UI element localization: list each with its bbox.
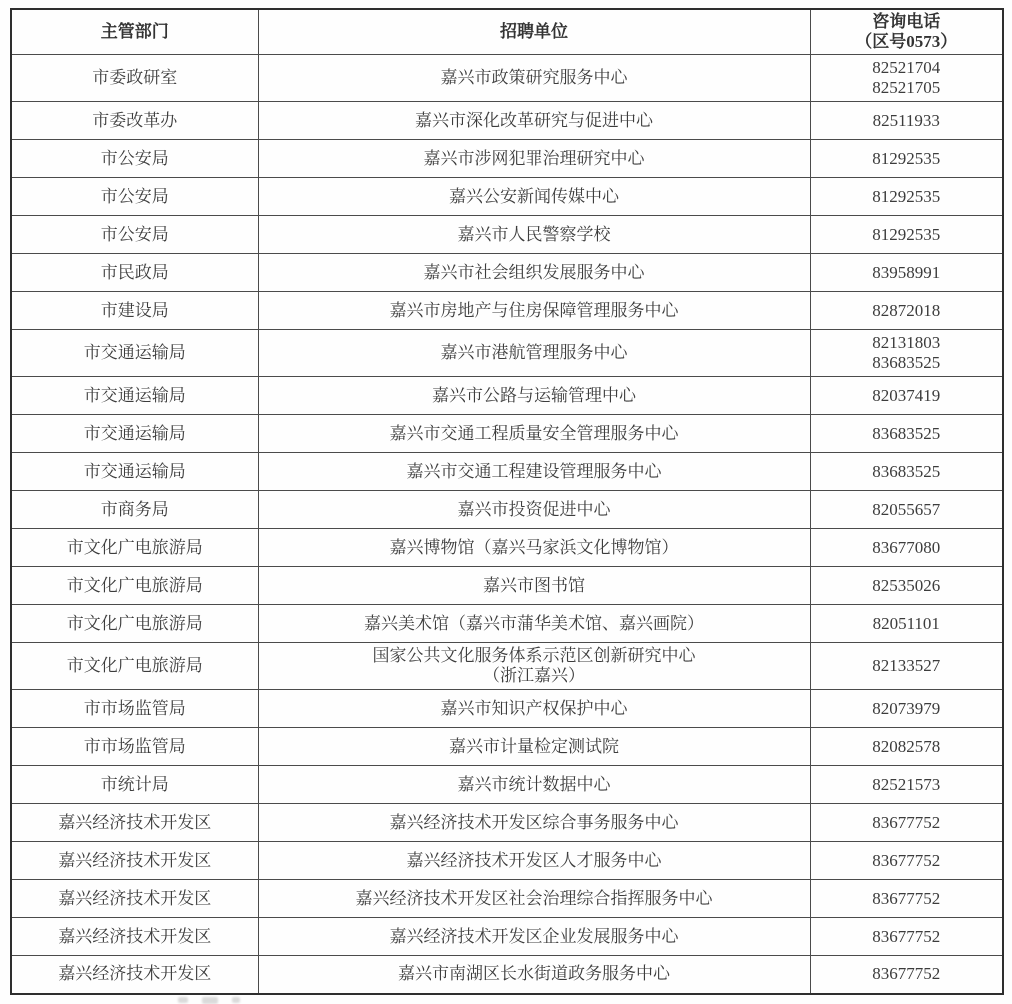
dept-cell: 市市场监管局	[11, 690, 258, 728]
unit-cell-line: 嘉兴公安新闻传媒中心	[265, 187, 804, 207]
dept-cell-line: 市交通运输局	[18, 462, 252, 482]
phone-cell: 83958991	[810, 254, 1003, 292]
header-dept: 主管部门	[11, 9, 258, 55]
phone-cell-line: 82082578	[817, 737, 997, 757]
unit-cell-line: 嘉兴经济技术开发区综合事务服务中心	[265, 813, 804, 833]
dept-cell-line: 嘉兴经济技术开发区	[18, 889, 252, 909]
phone-cell: 82521573	[810, 766, 1003, 804]
phone-cell-line: 83677752	[817, 927, 997, 947]
dept-cell-line: 市商务局	[18, 500, 252, 520]
unit-cell-line: 嘉兴市社会组织发展服务中心	[265, 263, 804, 283]
phone-cell: 83677752	[810, 956, 1003, 994]
dept-cell: 市文化广电旅游局	[11, 643, 258, 690]
table-row: 市文化广电旅游局嘉兴美术馆（嘉兴市蒲华美术馆、嘉兴画院）82051101	[11, 605, 1003, 643]
phone-cell-line: 81292535	[817, 149, 997, 169]
table-row: 市商务局嘉兴市投资促进中心82055657	[11, 491, 1003, 529]
unit-cell-line: 嘉兴市交通工程质量安全管理服务中心	[265, 424, 804, 444]
dept-cell-line: 市建设局	[18, 301, 252, 321]
dept-cell-line: 嘉兴经济技术开发区	[18, 927, 252, 947]
unit-cell-line: （浙江嘉兴）	[265, 666, 804, 686]
unit-cell: 嘉兴市房地产与住房保障管理服务中心	[258, 292, 810, 330]
dept-cell-line: 市市场监管局	[18, 737, 252, 757]
phone-cell: 82511933	[810, 102, 1003, 140]
phone-cell-line: 83683525	[817, 462, 997, 482]
unit-cell: 嘉兴市交通工程建设管理服务中心	[258, 453, 810, 491]
dept-cell-line: 市交通运输局	[18, 343, 252, 363]
table-row: 市市场监管局嘉兴市计量检定测试院82082578	[11, 728, 1003, 766]
phone-cell-line: 82511933	[817, 111, 997, 131]
dept-cell-line: 市民政局	[18, 263, 252, 283]
dept-cell-line: 市公安局	[18, 187, 252, 207]
dept-cell-line: 市交通运输局	[18, 386, 252, 406]
table-row: 嘉兴经济技术开发区嘉兴经济技术开发区社会治理综合指挥服务中心83677752	[11, 880, 1003, 918]
phone-cell: 82055657	[810, 491, 1003, 529]
unit-cell: 嘉兴美术馆（嘉兴市蒲华美术馆、嘉兴画院）	[258, 605, 810, 643]
phone-cell: 82535026	[810, 567, 1003, 605]
unit-cell: 嘉兴经济技术开发区综合事务服务中心	[258, 804, 810, 842]
unit-cell-line: 嘉兴美术馆（嘉兴市蒲华美术馆、嘉兴画院）	[265, 614, 804, 634]
dept-cell-line: 市委改革办	[18, 111, 252, 131]
phone-cell-line: 83958991	[817, 263, 997, 283]
table-row: 市文化广电旅游局国家公共文化服务体系示范区创新研究中心（浙江嘉兴）8213352…	[11, 643, 1003, 690]
unit-cell-line: 嘉兴市深化改革研究与促进中心	[265, 111, 804, 131]
table-row: 市文化广电旅游局嘉兴博物馆（嘉兴马家浜文化博物馆）83677080	[11, 529, 1003, 567]
dept-cell: 市交通运输局	[11, 415, 258, 453]
phone-cell-line: 83677752	[817, 964, 997, 984]
unit-cell: 嘉兴经济技术开发区社会治理综合指挥服务中心	[258, 880, 810, 918]
header-phone-line1: 咨询电话	[817, 12, 997, 32]
document-page: 主管部门 招聘单位 咨询电话 （区号0573） 市委政研室嘉兴市政策研究服务中心…	[0, 0, 1012, 1004]
table-row: 市文化广电旅游局嘉兴市图书馆82535026	[11, 567, 1003, 605]
table-row: 嘉兴经济技术开发区嘉兴市南湖区长水街道政务服务中心83677752	[11, 956, 1003, 994]
dept-cell: 市委政研室	[11, 55, 258, 102]
phone-cell: 82872018	[810, 292, 1003, 330]
phone-cell: 83677080	[810, 529, 1003, 567]
unit-cell-line: 嘉兴市公路与运输管理中心	[265, 386, 804, 406]
dept-cell-line: 嘉兴经济技术开发区	[18, 851, 252, 871]
table-row: 嘉兴经济技术开发区嘉兴经济技术开发区企业发展服务中心83677752	[11, 918, 1003, 956]
dept-cell-line: 市文化广电旅游局	[18, 656, 252, 676]
table-row: 市公安局嘉兴公安新闻传媒中心81292535	[11, 178, 1003, 216]
phone-cell-line: 82521573	[817, 775, 997, 795]
phone-cell-line: 82521704	[817, 58, 997, 78]
phone-cell: 8213180383683525	[810, 330, 1003, 377]
table-row: 市交通运输局嘉兴市港航管理服务中心8213180383683525	[11, 330, 1003, 377]
unit-cell: 嘉兴市人民警察学校	[258, 216, 810, 254]
unit-cell-line: 嘉兴市人民警察学校	[265, 225, 804, 245]
dept-cell: 嘉兴经济技术开发区	[11, 880, 258, 918]
unit-cell: 嘉兴市投资促进中心	[258, 491, 810, 529]
unit-cell: 嘉兴市计量检定测试院	[258, 728, 810, 766]
unit-cell: 嘉兴市港航管理服务中心	[258, 330, 810, 377]
phone-cell-line: 82521705	[817, 78, 997, 98]
dept-cell: 市统计局	[11, 766, 258, 804]
dept-cell-line: 市公安局	[18, 225, 252, 245]
unit-cell-line: 国家公共文化服务体系示范区创新研究中心	[265, 646, 804, 666]
dept-cell-line: 市统计局	[18, 775, 252, 795]
table-row: 市交通运输局嘉兴市公路与运输管理中心82037419	[11, 377, 1003, 415]
unit-cell: 国家公共文化服务体系示范区创新研究中心（浙江嘉兴）	[258, 643, 810, 690]
unit-cell: 嘉兴市深化改革研究与促进中心	[258, 102, 810, 140]
dept-cell-line: 市交通运输局	[18, 424, 252, 444]
unit-cell-line: 嘉兴市交通工程建设管理服务中心	[265, 462, 804, 482]
table-row: 市建设局嘉兴市房地产与住房保障管理服务中心82872018	[11, 292, 1003, 330]
header-phone: 咨询电话 （区号0573）	[810, 9, 1003, 55]
dept-cell: 市文化广电旅游局	[11, 605, 258, 643]
phone-cell: 81292535	[810, 140, 1003, 178]
dept-cell: 市公安局	[11, 140, 258, 178]
phone-cell: 83677752	[810, 842, 1003, 880]
table-row: 市民政局嘉兴市社会组织发展服务中心83958991	[11, 254, 1003, 292]
dept-cell-line: 市文化广电旅游局	[18, 538, 252, 558]
phone-cell: 8252170482521705	[810, 55, 1003, 102]
dept-cell-line: 市委政研室	[18, 68, 252, 88]
phone-cell: 82082578	[810, 728, 1003, 766]
unit-cell-line: 嘉兴经济技术开发区企业发展服务中心	[265, 927, 804, 947]
phone-cell-line: 82037419	[817, 386, 997, 406]
phone-cell-line: 82055657	[817, 500, 997, 520]
phone-cell: 82051101	[810, 605, 1003, 643]
phone-cell-line: 83683525	[817, 353, 997, 373]
phone-cell: 83683525	[810, 415, 1003, 453]
unit-cell-line: 嘉兴市涉网犯罪治理研究中心	[265, 149, 804, 169]
dept-cell-line: 市文化广电旅游局	[18, 614, 252, 634]
phone-cell-line: 82131803	[817, 333, 997, 353]
table-row: 市市场监管局嘉兴市知识产权保护中心82073979	[11, 690, 1003, 728]
dept-cell: 市委改革办	[11, 102, 258, 140]
unit-cell-line: 嘉兴博物馆（嘉兴马家浜文化博物馆）	[265, 538, 804, 558]
table-row: 嘉兴经济技术开发区嘉兴经济技术开发区人才服务中心83677752	[11, 842, 1003, 880]
unit-cell-line: 嘉兴经济技术开发区社会治理综合指挥服务中心	[265, 889, 804, 909]
dept-cell: 市交通运输局	[11, 330, 258, 377]
unit-cell: 嘉兴市交通工程质量安全管理服务中心	[258, 415, 810, 453]
table-row: 市交通运输局嘉兴市交通工程质量安全管理服务中心83683525	[11, 415, 1003, 453]
unit-cell: 嘉兴市涉网犯罪治理研究中心	[258, 140, 810, 178]
unit-cell: 嘉兴市知识产权保护中心	[258, 690, 810, 728]
phone-cell: 83677752	[810, 804, 1003, 842]
phone-cell-line: 81292535	[817, 225, 997, 245]
phone-cell-line: 82872018	[817, 301, 997, 321]
table-row: 市委政研室嘉兴市政策研究服务中心8252170482521705	[11, 55, 1003, 102]
phone-cell-line: 81292535	[817, 187, 997, 207]
phone-cell: 81292535	[810, 216, 1003, 254]
phone-cell-line: 83677752	[817, 889, 997, 909]
unit-cell: 嘉兴经济技术开发区企业发展服务中心	[258, 918, 810, 956]
table-row: 嘉兴经济技术开发区嘉兴经济技术开发区综合事务服务中心83677752	[11, 804, 1003, 842]
unit-cell: 嘉兴市社会组织发展服务中心	[258, 254, 810, 292]
unit-cell-line: 嘉兴市投资促进中心	[265, 500, 804, 520]
unit-cell-line: 嘉兴市政策研究服务中心	[265, 68, 804, 88]
table-header: 主管部门 招聘单位 咨询电话 （区号0573）	[11, 9, 1003, 55]
dept-cell-line: 市公安局	[18, 149, 252, 169]
unit-cell: 嘉兴经济技术开发区人才服务中心	[258, 842, 810, 880]
table-row: 市统计局嘉兴市统计数据中心82521573	[11, 766, 1003, 804]
unit-cell-line: 嘉兴市房地产与住房保障管理服务中心	[265, 301, 804, 321]
dept-cell-line: 嘉兴经济技术开发区	[18, 964, 252, 984]
recruitment-contact-table: 主管部门 招聘单位 咨询电话 （区号0573） 市委政研室嘉兴市政策研究服务中心…	[10, 8, 1004, 995]
phone-cell-line: 82133527	[817, 656, 997, 676]
phone-cell-line: 82535026	[817, 576, 997, 596]
dept-cell: 嘉兴经济技术开发区	[11, 956, 258, 994]
unit-cell-line: 嘉兴市图书馆	[265, 576, 804, 596]
unit-cell: 嘉兴市图书馆	[258, 567, 810, 605]
unit-cell-line: 嘉兴市统计数据中心	[265, 775, 804, 795]
dept-cell: 嘉兴经济技术开发区	[11, 918, 258, 956]
phone-cell-line: 83677752	[817, 851, 997, 871]
header-unit: 招聘单位	[258, 9, 810, 55]
header-row: 主管部门 招聘单位 咨询电话 （区号0573）	[11, 9, 1003, 55]
phone-cell: 82073979	[810, 690, 1003, 728]
dept-cell: 市公安局	[11, 178, 258, 216]
dept-cell: 市建设局	[11, 292, 258, 330]
unit-cell-line: 嘉兴市计量检定测试院	[265, 737, 804, 757]
dept-cell: 嘉兴经济技术开发区	[11, 842, 258, 880]
dept-cell: 嘉兴经济技术开发区	[11, 804, 258, 842]
phone-cell-line: 82051101	[817, 614, 997, 634]
phone-cell: 82133527	[810, 643, 1003, 690]
phone-cell-line: 83677752	[817, 813, 997, 833]
dept-cell: 市文化广电旅游局	[11, 529, 258, 567]
phone-cell: 82037419	[810, 377, 1003, 415]
table-row: 市公安局嘉兴市人民警察学校81292535	[11, 216, 1003, 254]
phone-cell-line: 83683525	[817, 424, 997, 444]
dept-cell: 市交通运输局	[11, 377, 258, 415]
unit-cell: 嘉兴市南湖区长水街道政务服务中心	[258, 956, 810, 994]
phone-cell: 83677752	[810, 918, 1003, 956]
dept-cell: 市公安局	[11, 216, 258, 254]
dept-cell-line: 市文化广电旅游局	[18, 576, 252, 596]
unit-cell: 嘉兴博物馆（嘉兴马家浜文化博物馆）	[258, 529, 810, 567]
unit-cell-line: 嘉兴市南湖区长水街道政务服务中心	[265, 964, 804, 984]
unit-cell-line: 嘉兴市知识产权保护中心	[265, 699, 804, 719]
dept-cell-line: 市市场监管局	[18, 699, 252, 719]
table-row: 市委改革办嘉兴市深化改革研究与促进中心82511933	[11, 102, 1003, 140]
phone-cell: 83683525	[810, 453, 1003, 491]
table-row: 市公安局嘉兴市涉网犯罪治理研究中心81292535	[11, 140, 1003, 178]
unit-cell-line: 嘉兴经济技术开发区人才服务中心	[265, 851, 804, 871]
cropped-text-remnant	[178, 997, 378, 1004]
unit-cell: 嘉兴市政策研究服务中心	[258, 55, 810, 102]
unit-cell: 嘉兴市公路与运输管理中心	[258, 377, 810, 415]
dept-cell-line: 嘉兴经济技术开发区	[18, 813, 252, 833]
unit-cell-line: 嘉兴市港航管理服务中心	[265, 343, 804, 363]
phone-cell: 83677752	[810, 880, 1003, 918]
phone-cell: 81292535	[810, 178, 1003, 216]
dept-cell: 市商务局	[11, 491, 258, 529]
table-body: 市委政研室嘉兴市政策研究服务中心8252170482521705市委改革办嘉兴市…	[11, 55, 1003, 994]
header-phone-line2: （区号0573）	[817, 32, 997, 52]
dept-cell: 市市场监管局	[11, 728, 258, 766]
unit-cell: 嘉兴市统计数据中心	[258, 766, 810, 804]
dept-cell: 市文化广电旅游局	[11, 567, 258, 605]
table-row: 市交通运输局嘉兴市交通工程建设管理服务中心83683525	[11, 453, 1003, 491]
dept-cell: 市民政局	[11, 254, 258, 292]
dept-cell: 市交通运输局	[11, 453, 258, 491]
unit-cell: 嘉兴公安新闻传媒中心	[258, 178, 810, 216]
phone-cell-line: 82073979	[817, 699, 997, 719]
phone-cell-line: 83677080	[817, 538, 997, 558]
